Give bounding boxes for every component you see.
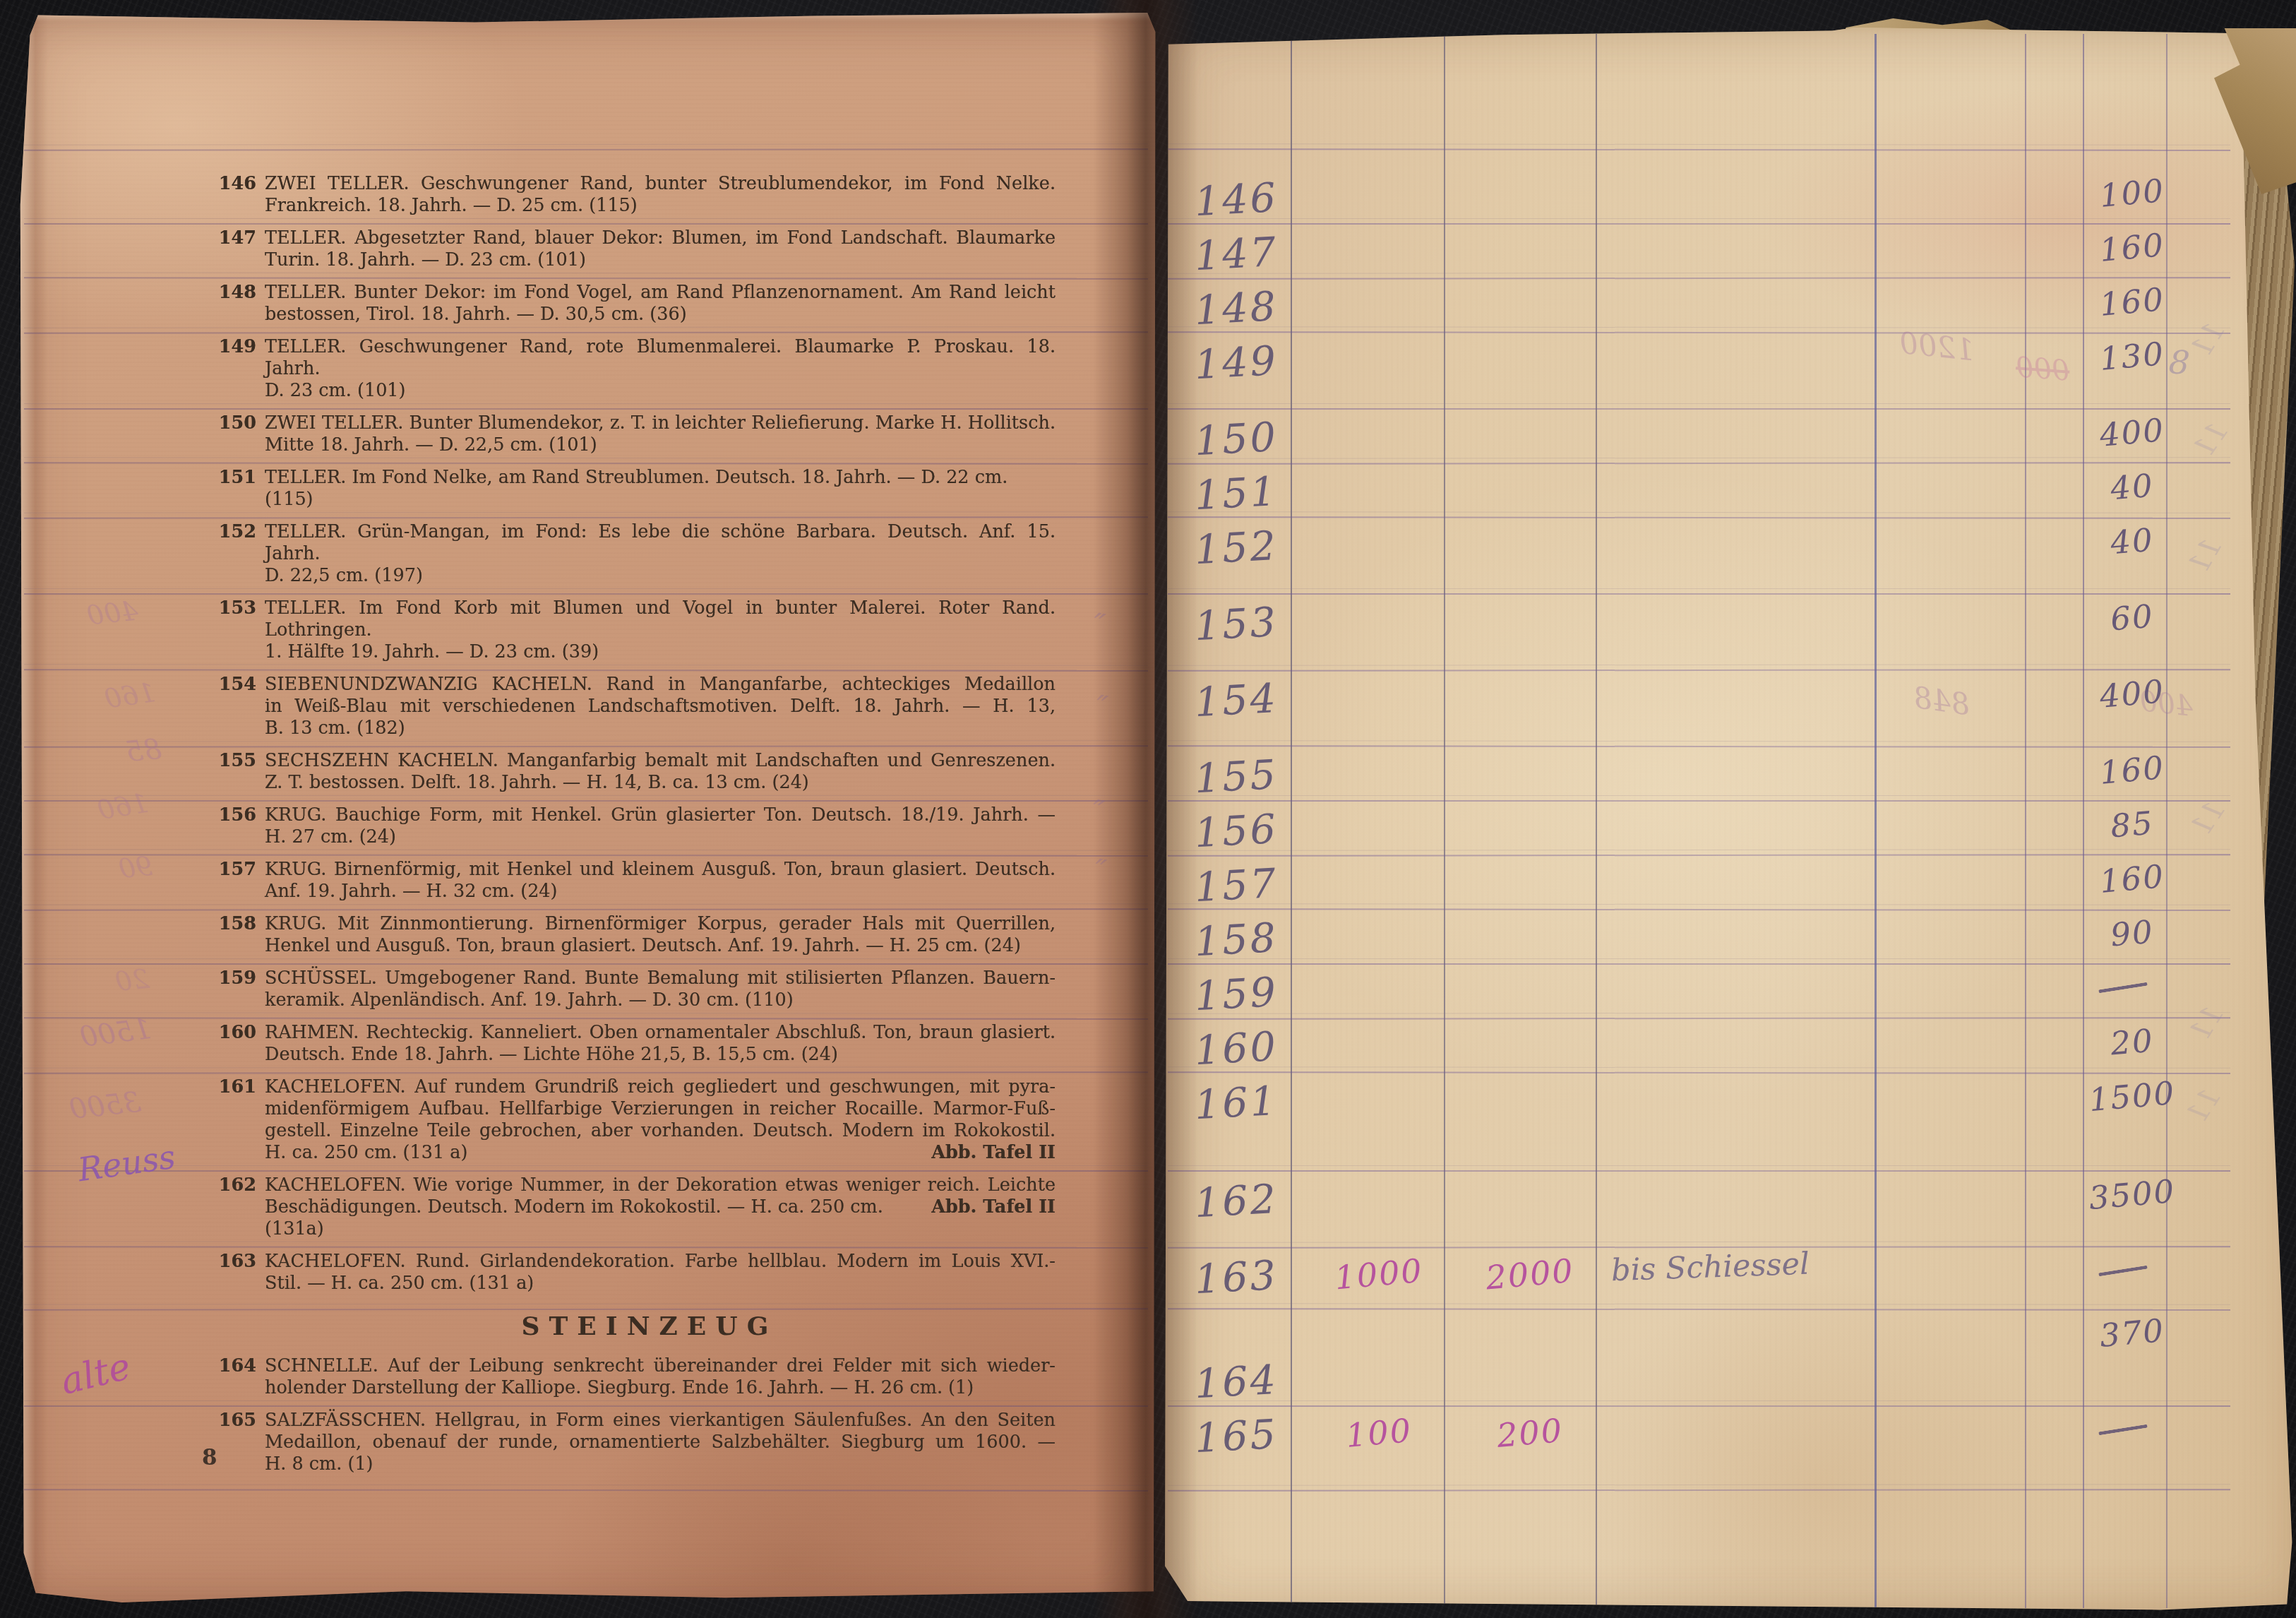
entry-line: SIEBENUNDZWANZIG KACHELN. Rand in Mangan… [265,674,1056,696]
ledger-rule [1168,511,2230,513]
entry-line: midenförmigem Aufbau. Hellfarbige Verzie… [265,1098,1056,1120]
lot-number-156: 156 [1193,804,1308,857]
ledger-rule [1168,1405,2230,1407]
ledger-rule [1168,849,2230,851]
price-151: 40 [2062,463,2203,512]
page-rule [24,143,1148,145]
bleed-through-mark: 1200 [1898,326,1976,368]
ledger-rule [1168,1012,2230,1014]
entry-line: H. ca. 250 cm. (131 a)Abb. Tafel II [265,1142,1056,1164]
entry-line: Henkel und Ausguß. Ton, braun glasiert. … [265,935,1056,957]
ledger-column-line [2025,34,2026,1608]
price-153: 60 [2062,593,2203,643]
entry-number: 162 [207,1174,256,1196]
entry-line: SECHSZEHN KACHELN. Manganfarbig bemalt m… [265,750,1056,772]
entry-line: KRUG. Birnenförmig, mit Henkel und klein… [265,859,1056,881]
price-148: 160 [2062,278,2203,327]
catalog-entry-160: 160RAHMEN. Rechteckig. Kanneliert. Oben … [265,1022,1056,1066]
ledger-rule [1168,745,2230,748]
price-146: 100 [2062,169,2203,218]
ledger-rule [1168,223,2230,225]
ledger-rule [1168,593,2230,595]
ledger-rule [1168,403,2230,404]
lot-number-146: 146 [1193,173,1308,225]
ledger-rule [1168,143,2230,145]
catalog-entry-154: 154SIEBENUNDZWANZIG KACHELN. Rand in Man… [265,674,1056,739]
entry-line: Z. T. bestossen. Delft. 18. Jahrh. — H. … [265,772,1056,794]
ledger-page-right: 12000008848400111111111111 1461001471601… [1165,27,2296,1614]
bleed-through-mark: 848 [1911,680,1972,722]
entry-line: B. 13 cm. (182) [265,718,1056,739]
ledger-rule [1168,795,2230,796]
price-162: 3500 [2062,1170,2203,1220]
catalog-entry-162: 162KACHELOFEN. Wie vorige Nummer, in der… [265,1174,1056,1240]
entry-number: 156 [207,804,256,826]
ledger-rule [1168,1170,2230,1172]
entry-line: ZWEI TELLER. Bunter Blumendekor, z. T. i… [265,412,1056,434]
ledger-rule [1168,1484,2230,1486]
price-158: 90 [2062,909,2203,958]
ledger-rule [1168,740,2230,742]
ledger-rule [1168,1246,2230,1249]
entry-line: in Weiß-Blau mit verschiedenen Landschaf… [265,696,1056,718]
catalog-entry-156: 156KRUG. Bauchige Form, mit Henkel. Grün… [265,804,1056,848]
lot-number-150: 150 [1193,412,1308,465]
ledger-rule [1168,908,2230,911]
second-price-163: 2000 [1469,1250,1591,1299]
ledger-rule [1168,958,2230,959]
price-147: 160 [2062,223,2203,273]
ledger-column-line [1875,34,1877,1608]
ledger-rule [1168,1066,2230,1069]
catalog-entry-165: 165SALZFÄSSCHEN. Hellgrau, in Form eines… [265,1410,1056,1475]
bleed-through-mark: ″ [1090,607,1108,644]
entry-line: Medaillon, obenauf der runde, ornamentie… [265,1432,1056,1453]
ledger-rule [1168,326,2230,328]
price-dash-163 [2098,1266,2148,1277]
entry-line: Frankreich. 18. Jahrh. — D. 25 cm. (115) [265,195,1056,217]
lot-number-162: 162 [1193,1174,1308,1227]
ledger-column-line [1596,34,1597,1608]
entry-line: RAHMEN. Rechteckig. Kanneliert. Oben orn… [265,1022,1056,1044]
book-spread: Reussalte40016085160902015003500″″″″ 146… [0,0,2296,1618]
price-149: 130 [2062,332,2203,381]
entry-line: TELLER. Im Fond Korb mit Blumen und Voge… [265,597,1056,641]
price-154: 400 [2062,670,2203,719]
entry-line: Mitte 18. Jahrh. — D. 22,5 cm. (101) [265,434,1056,456]
catalog-entry-153: 153TELLER. Im Fond Korb mit Blumen und V… [265,597,1056,663]
price-152: 40 [2062,517,2203,566]
lot-number-149: 149 [1193,336,1308,388]
entry-number: 151 [207,467,256,489]
ledger-rule [1168,331,2230,334]
ledger-rule [1168,903,2230,905]
ledger-rule [1168,1241,2230,1243]
hammer-price-165: 100 [1317,1409,1440,1458]
catalog-entry-158: 158KRUG. Mit Zinnmontierung. Birnenförmi… [265,913,1056,957]
catalog-page-left: Reussalte40016085160902015003500″″″″ 146… [20,13,1156,1609]
entry-number: 161 [207,1076,256,1098]
ledger-rule [1168,800,2230,802]
bleed-through-mark: 160 [95,787,151,826]
catalog-entry-155: 155SECHSZEHN KACHELN. Manganfarbig bemal… [265,750,1056,794]
entry-number: 146 [207,173,256,195]
ledger-rule [1168,462,2230,465]
bleed-through-mark: 1500 [78,1013,154,1054]
ledger-rule [1168,854,2230,857]
margin-note-2: alte [56,1345,135,1403]
lot-number-154: 154 [1193,674,1308,726]
ledger-rule [1168,457,2230,459]
bleed-through-mark: 20 [114,963,150,997]
lot-number-147: 147 [1193,227,1308,280]
entry-line: holender Darstellung der Kalliope. Siegb… [265,1377,1056,1399]
price-155: 160 [2062,746,2203,795]
entry-line: Turin. 18. Jahrh. — D. 23 cm. (101) [265,249,1056,271]
catalog-entry-149: 149TELLER. Geschwungener Rand, rote Blum… [265,336,1056,402]
entry-number: 150 [207,412,256,434]
lot-number-161: 161 [1193,1076,1308,1129]
lot-number-151: 151 [1193,467,1308,519]
catalog-entries-block: 146ZWEI TELLER. Geschwungener Rand, bunt… [265,173,1056,1486]
entry-line: Deutsch. Ende 18. Jahrh. — Lichte Höhe 2… [265,1044,1056,1066]
price-156: 85 [2062,800,2203,850]
entry-number: 148 [207,282,256,304]
ledger-rule [1168,1308,2230,1311]
catalog-entry-161: 161KACHELOFEN. Auf rundem Grundriß reich… [265,1076,1056,1164]
entry-number: 159 [207,968,256,989]
catalog-entry-146: 146ZWEI TELLER. Geschwungener Rand, bunt… [265,173,1056,217]
entry-line: H. 27 cm. (24) [265,826,1056,848]
entry-line: keramik. Alpenländisch. Anf. 19. Jahrh. … [265,989,1056,1011]
plate-reference: Abb. Tafel II [931,1196,1056,1240]
ledger-rule [1168,669,2230,672]
price-160: 20 [2062,1018,2203,1067]
ledger-rule [1168,1303,2230,1305]
entry-number: 155 [207,750,256,772]
ledger-column-line [1444,34,1445,1608]
bleed-through-mark: ″ [1094,689,1110,726]
bleed-through-mark: 160 [102,677,157,715]
catalog-entry-147: 147TELLER. Abgesetzter Rand, blauer Deko… [265,227,1056,271]
catalog-entry-148: 148TELLER. Bunter Dekor: im Fond Vogel, … [265,282,1056,326]
ledger-rule [1168,277,2230,280]
catalog-entry-152: 152TELLER. Grün-Mangan, im Fond: Es lebe… [265,521,1056,587]
bleed-through-mark: 90 [117,850,155,885]
lot-number-153: 153 [1193,597,1308,650]
ledger-rule [1168,1489,2230,1492]
ledger-rule [1168,148,2230,151]
ledger-rule [1168,588,2230,589]
ledger-rule [1168,1165,2230,1166]
entry-line: TELLER. Abgesetzter Rand, blauer Dekor: … [265,227,1056,249]
entry-line: SCHÜSSEL. Umgebogener Rand. Bunte Bemalu… [265,968,1056,989]
page-rule [24,1489,1148,1492]
second-price-165: 200 [1469,1409,1591,1458]
catalog-entry-164: 164SCHNELLE. Auf der Leibung senkrecht ü… [265,1355,1056,1399]
bleed-through-mark: ″ [1088,793,1107,831]
entry-number: 158 [207,913,256,935]
price-150: 400 [2062,408,2203,458]
ledger-rule [1168,516,2230,519]
entry-line: TELLER. Geschwungener Rand, rote Blumenm… [265,336,1056,380]
entry-line: gestell. Einzelne Teile gebrochen, aber … [265,1120,1056,1142]
entry-line: Anf. 19. Jahrh. — H. 32 cm. (24) [265,881,1056,903]
entry-line: Beschädigungen. Deutsch. Modern im Rokok… [265,1196,1056,1240]
lot-number-155: 155 [1193,750,1308,802]
entry-number: 163 [207,1251,256,1273]
bleed-through-mark: ″ [1092,852,1108,890]
lot-number-157: 157 [1193,859,1308,911]
entry-line: TELLER. Bunter Dekor: im Fond Vogel, am … [265,282,1056,304]
hammer-price-163: 1000 [1317,1250,1440,1299]
bleed-through-mark: 85 [124,733,163,768]
entry-line: KRUG. Bauchige Form, mit Henkel. Grün gl… [265,804,1056,826]
lot-number-152: 152 [1193,521,1308,573]
ledger-rule [1168,664,2230,666]
entry-line: Stil. — H. ca. 250 cm. (131 a) [265,1273,1056,1295]
entry-line: SCHNELLE. Auf der Leibung senkrecht über… [265,1355,1056,1377]
entry-number: 164 [207,1355,256,1377]
bleed-through-mark: 400 [85,595,140,631]
entry-line: D. 22,5 cm. (197) [265,565,1056,587]
price-dash-165 [2098,1424,2148,1436]
entry-number: 152 [207,521,256,543]
ledger-note-163: bis Schiessel [1610,1243,1908,1289]
entry-number: 149 [207,336,256,358]
entry-line: H. 8 cm. (1) [265,1453,1056,1475]
entry-line: KRUG. Mit Zinnmontierung. Birnenförmiger… [265,913,1056,935]
price-157: 160 [2062,855,2203,904]
entry-number: 147 [207,227,256,249]
margin-note-1: Reuss [76,1138,178,1189]
ledger-rule [1168,218,2230,219]
ledger-rule [1168,1071,2230,1074]
ledger-rule [1168,272,2230,274]
price-dash-159 [2098,982,2148,994]
ledger-rule [1168,1017,2230,1020]
lot-number-164: 164 [1193,1355,1308,1408]
ledger-rule [1168,963,2230,965]
entry-line: 1. Hälfte 19. Jahrh. — D. 23 cm. (39) [265,641,1056,663]
entry-line: KACHELOFEN. Rund. Girlandendekoration. F… [265,1251,1056,1273]
entry-number: 157 [207,859,256,881]
lot-number-159: 159 [1193,968,1308,1020]
price-161: 1500 [2062,1072,2203,1122]
ledger-rule [1168,408,2230,410]
catalog-entry-151: 151TELLER. Im Fond Nelke, am Rand Streub… [265,467,1056,511]
lot-number-165: 165 [1193,1410,1308,1462]
lot-number-158: 158 [1193,913,1308,965]
lot-number-148: 148 [1193,282,1308,334]
ledger-rule [1168,1400,2230,1401]
entry-line: bestossen, Tirol. 18. Jahrh. — D. 30,5 c… [265,304,1056,326]
entry-number: 160 [207,1022,256,1044]
entry-line: ZWEI TELLER. Geschwungener Rand, bunter … [265,173,1056,195]
catalog-entry-159: 159SCHÜSSEL. Umgebogener Rand. Bunte Bem… [265,968,1056,1011]
entry-line: SALZFÄSSCHEN. Hellgrau, in Form eines vi… [265,1410,1056,1432]
lot-number-163: 163 [1193,1251,1308,1303]
catalog-entry-150: 150ZWEI TELLER. Bunter Blumendekor, z. T… [265,412,1056,456]
entry-line: TELLER. Grün-Mangan, im Fond: Es lebe di… [265,521,1056,565]
price-164: 370 [2062,1309,2203,1358]
catalog-entry-163: 163KACHELOFEN. Rund. Girlandendekoration… [265,1251,1056,1295]
page-number: 8 [202,1445,217,1470]
entry-line: TELLER. Im Fond Nelke, am Rand Streublum… [265,467,1056,511]
catalog-entry-157: 157KRUG. Birnenförmig, mit Henkel und kl… [265,859,1056,903]
lot-number-160: 160 [1193,1022,1308,1074]
section-heading: STEINZEUG [265,1311,1034,1341]
entry-number: 165 [207,1410,256,1432]
page-rule [24,148,1148,151]
bleed-through-mark: 3500 [68,1086,143,1126]
entry-line: KACHELOFEN. Auf rundem Grundriß reich ge… [265,1076,1056,1098]
plate-reference: Abb. Tafel II [931,1142,1056,1164]
entry-line: KACHELOFEN. Wie vorige Nummer, in der De… [265,1174,1056,1196]
entry-number: 154 [207,674,256,696]
entry-number: 153 [207,597,256,619]
entry-line: D. 23 cm. (101) [265,380,1056,402]
